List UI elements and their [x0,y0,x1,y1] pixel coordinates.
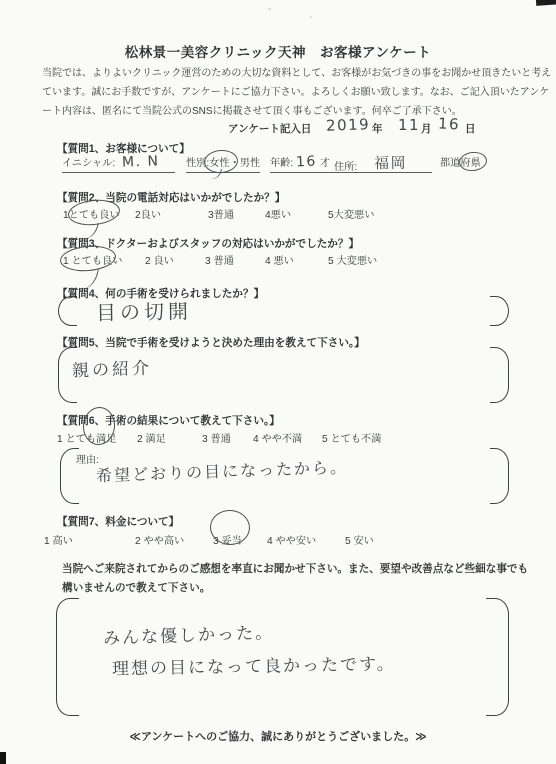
handwritten-year: 2019 [326,115,371,135]
q3-option-3: 3 普通 [205,252,234,267]
handwritten-comment-line-1: みんな優しかった。 [103,618,275,649]
handwritten-q4-answer: 目の切開 [96,295,192,326]
initial-label: イニシャル: [62,158,115,169]
intro-line: ています。誠にお手数ですが、アンケートにご協力下さい。よろしくお願い致します。な… [42,83,532,102]
q3-option-2: 2 良い [145,252,174,267]
handwritten-month: 11 [398,116,420,134]
comment-box-left-bracket [56,598,79,716]
q7-option-1: 1 高い [44,532,73,547]
q6-reason-box-right-bracket [490,448,509,504]
handwritten-initial: M. N [122,153,160,170]
q6-option-3: 3 普通 [202,430,231,445]
intro-line: 当院では、よりよいクリニック運営のための大切な資料として、お客様がお気づきの事を… [42,64,532,83]
address-field: 住所: 福岡 [334,154,432,173]
handwritten-q5-answer: 親の紹介 [72,354,153,382]
q6-option-5: 5 とても不満 [322,430,381,445]
handwritten-comment-line-2: 理想の目になって良かったです。 [112,650,396,680]
date-label: アンケート記入日 [228,121,311,136]
survey-date-row: アンケート記入日 2019 年 11 月 16 日 [0,119,556,139]
q7-option-4: 4 やや安い [267,532,316,547]
comment-box-right-bracket [486,598,509,716]
age-field: 年齢: 16 才 [270,154,334,173]
scan-speck [268,8,271,10]
footer-thanks: ≪アンケートへのご協力、誠にありがとうございました。≫ [0,728,556,744]
question-7-heading: 【質問7、料金について】 [57,514,179,529]
q6-option-4: 4 やや不満 [253,430,302,445]
q3-option-4: 4 悪い [265,252,294,267]
q7-option-2: 2 やや高い [135,532,184,547]
age-unit: 才 [320,158,330,169]
gender-circle-tail [209,167,222,181]
survey-scan-page: 松林景一美容クリニック天神 お客様アンケート 当院では、よりよいクリニック運営の… [0,0,556,764]
handwritten-address: 福岡 [374,152,407,174]
q2-option-4: 4悪い [265,206,291,221]
scan-speck [310,16,312,18]
handwritten-q6-reason: 希望どおりの目になったから。 [96,455,349,487]
address-label: 住所: [334,162,357,173]
year-unit: 年 [372,121,383,136]
comment-prompt: 当院へご来院されてからのご感想を率直にお聞かせ下さい。また、要望や改善点など些細… [62,560,528,598]
q3-option-5: 5 大変悪い [328,252,377,267]
age-label: 年齢: [270,158,293,169]
q2-option-5: 5大変悪い [328,206,374,221]
comment-prompt-line: 構いませんので教えて下さい。 [62,579,528,598]
q5-answer-box-right-bracket [490,347,509,403]
handwritten-age: 16 [296,153,318,170]
handwritten-day: 16 [438,114,461,133]
q4-answer-box-left-bracket [58,296,77,326]
scan-artifact-bottom-left [0,752,6,764]
month-unit: 月 [421,121,432,136]
q7-option-5: 5 安い [345,532,374,547]
q2-option-3: 3普通 [208,206,234,221]
intro-text: 当院では、よりよいクリニック運営のための大切な資料として、お客様がお気づきの事を… [42,64,532,121]
question-7-options: 1 高い 2 やや高い 3 妥当 4 やや安い 5 安い [0,532,556,550]
q6-option-2: 2 満足 [137,430,166,445]
q2-option-2: 2良い [135,206,161,221]
page-title: 松林景一美容クリニック天神 お客様アンケート [0,41,556,61]
question-5-heading: 【質問5、当院で手術を受けようと決めた理由を教えて下さい。】 [57,335,365,350]
q4-answer-box-right-bracket [490,296,509,326]
day-unit: 日 [465,121,476,136]
scan-artifact-top-right [536,0,556,6]
initial-field: イニシャル: M. N [62,154,175,173]
comment-prompt-line: 当院へご来院されてからのご感想を率直にお聞かせ下さい。また、要望や改善点など些細… [62,560,528,579]
